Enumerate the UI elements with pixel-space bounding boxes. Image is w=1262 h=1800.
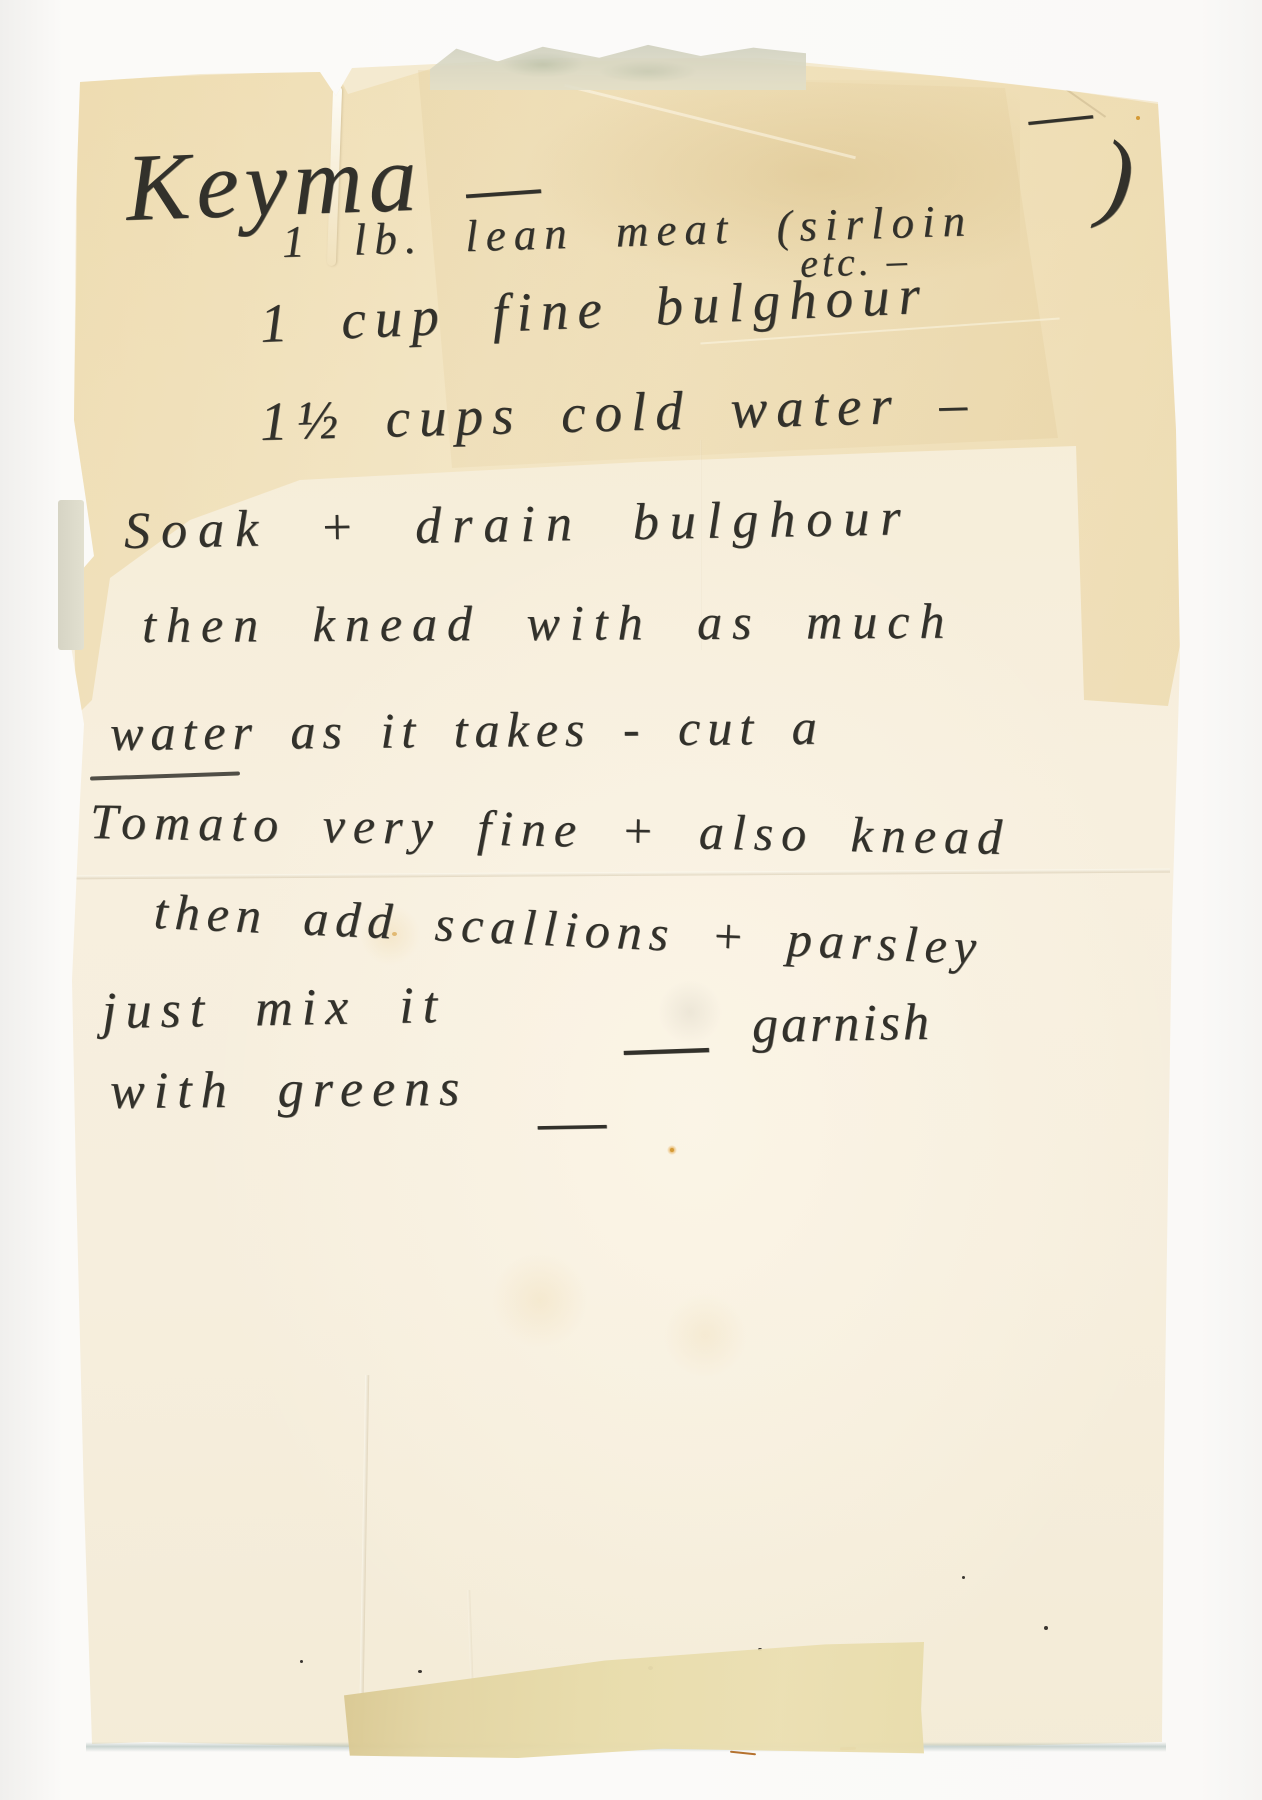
handwritten-line-step-greens: with greens	[110, 1063, 469, 1118]
fold-crease	[70, 869, 1170, 880]
tape-fragment-left-edge	[58, 500, 84, 650]
handwritten-line-step-mix: just mix it	[102, 980, 447, 1038]
scanned-recipe-note: Keyma — — ) 1 lb. lean meat (sirloin etc…	[0, 0, 1262, 1800]
handwritten-line-step-soak: Soak + drain bulghour	[124, 492, 912, 558]
speck	[962, 1576, 965, 1579]
tape-top-tab	[430, 44, 806, 90]
tape-highlight-streak	[564, 84, 856, 159]
speck	[1044, 1626, 1048, 1630]
handwritten-line-step-knead: then knead with as much	[142, 596, 955, 650]
handwritten-line-step-water: water as it takes - cut a	[110, 702, 824, 758]
speck	[300, 1660, 303, 1663]
pen-dash-after-greens: —	[537, 1085, 606, 1154]
vertical-crease	[359, 1375, 369, 1745]
pen-dash-top-right: —	[1025, 79, 1095, 149]
tape-wrinkle-shading	[520, 80, 1020, 290]
stain-dot	[670, 1148, 674, 1152]
handwritten-line-step-garnish: garnish	[752, 997, 933, 1052]
speck	[418, 1670, 422, 1673]
stain-dot	[1136, 116, 1140, 120]
pen-dash-after-mix: —	[623, 1001, 710, 1088]
